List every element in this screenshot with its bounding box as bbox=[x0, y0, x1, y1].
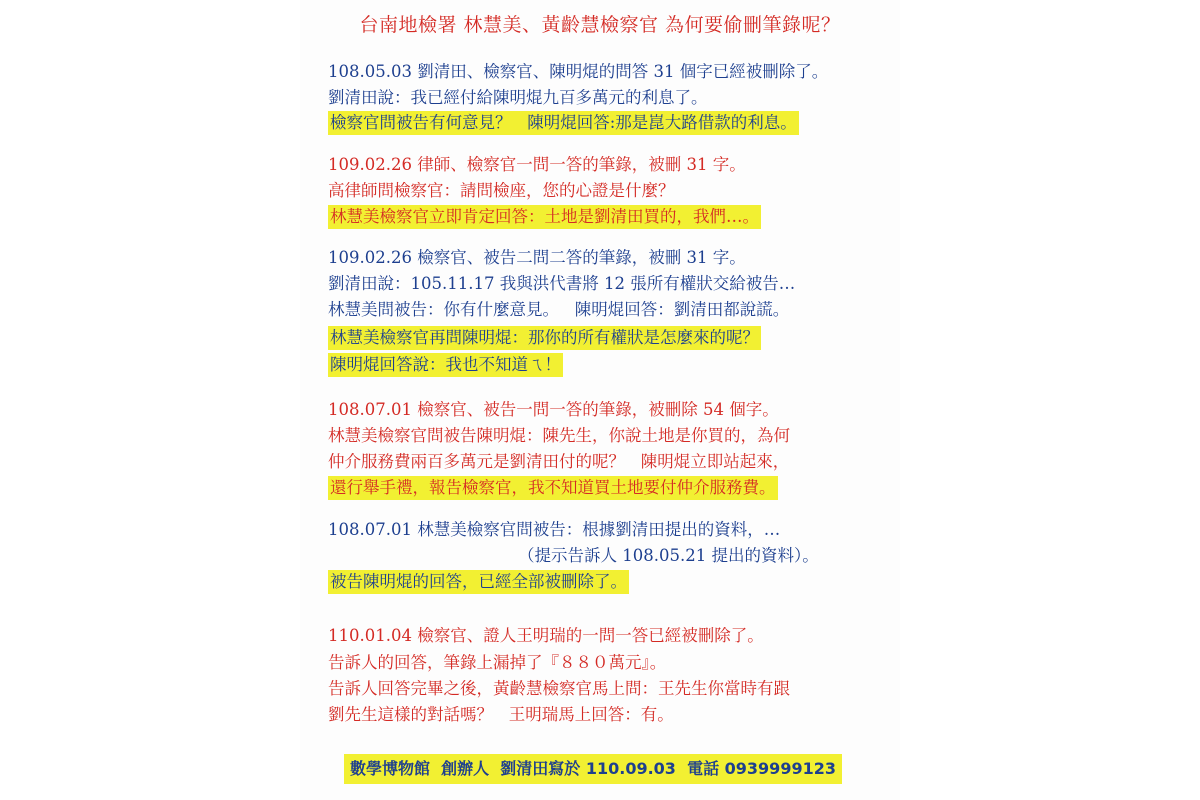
section-6-line-3: 告訴人回答完畢之後，黃齡慧檢察官馬上問：王先生你當時有跟 bbox=[328, 677, 790, 701]
section-2-line-1: 109.02.26 律師、檢察官一問一答的筆錄，被刪 31 字。 bbox=[328, 153, 746, 177]
section-2-line-2: 高律師問檢察官：請問檢座，您的心證是什麼？ bbox=[328, 179, 675, 203]
section-5-line-3: 被告陳明焜的回答，已經全部被刪除了。 bbox=[328, 570, 629, 594]
section-1-line-3: 檢察官問被告有何意見？ 陳明焜回答:那是崑大路借款的利息。 bbox=[328, 111, 799, 135]
section-3-line-5: 陳明焜回答說：我也不知道ㄟ！ bbox=[328, 353, 563, 377]
section-4-line-3: 仲介服務費兩百多萬元是劉清田付的呢？ 陳明焜立即站起來， bbox=[328, 450, 789, 474]
section-2-line-3: 林慧美檢察官立即肯定回答：土地是劉清田買的，我們…。 bbox=[328, 205, 761, 229]
section-1-line-1: 108.05.03 劉清田、檢察官、陳明焜的問答 31 個字已經被刪除了。 bbox=[328, 60, 828, 84]
document-title: 台南地檢署 林慧美、黃齡慧檢察官 為何要偷刪筆錄呢？ bbox=[300, 10, 900, 37]
section-5-line-1: 108.07.01 林慧美檢察官問被告：根據劉清田提出的資料，… bbox=[328, 518, 780, 542]
section-6-line-4: 劉先生這樣的對話嗎？ 王明瑞馬上回答：有。 bbox=[328, 703, 674, 727]
section-3-line-4: 林慧美檢察官再問陳明焜：那你的所有權狀是怎麼來的呢？ bbox=[328, 326, 761, 350]
section-6-line-1: 110.01.04 檢察官、證人王明瑞的一問一答已經被刪除了。 bbox=[328, 624, 764, 648]
document-page: 台南地檢署 林慧美、黃齡慧檢察官 為何要偷刪筆錄呢？ 108.05.03 劉清田… bbox=[300, 0, 900, 800]
section-4-line-1: 108.07.01 檢察官、被告一問一答的筆錄，被刪除 54 個字。 bbox=[328, 398, 779, 422]
section-3-line-1: 109.02.26 檢察官、被告二問二答的筆錄，被刪 31 字。 bbox=[328, 246, 746, 270]
section-4-line-2: 林慧美檢察官問被告陳明焜：陳先生，你說土地是你買的，為何 bbox=[328, 424, 790, 448]
section-3-line-2: 劉清田說：105.11.17 我與洪代書將 12 張所有權狀交給被告… bbox=[328, 272, 795, 296]
footer-signature: 數學博物館 創辦人 劉清田寫於 110.09.03 電話 0939999123 bbox=[344, 754, 842, 784]
section-1-line-2: 劉清田說：我已經付給陳明焜九百多萬元的利息了。 bbox=[328, 86, 708, 110]
section-6-line-2: 告訴人的回答，筆錄上漏掉了『８８０萬元』。 bbox=[328, 651, 666, 675]
section-3-line-3: 林慧美問被告：你有什麼意見。 陳明焜回答：劉清田都說謊。 bbox=[328, 298, 789, 322]
section-5-line-2: （提示告訴人 108.05.21 提出的資料）。 bbox=[518, 544, 819, 568]
section-4-line-4: 還行舉手禮，報告檢察官，我不知道買土地要付仲介服務費。 bbox=[328, 476, 778, 500]
